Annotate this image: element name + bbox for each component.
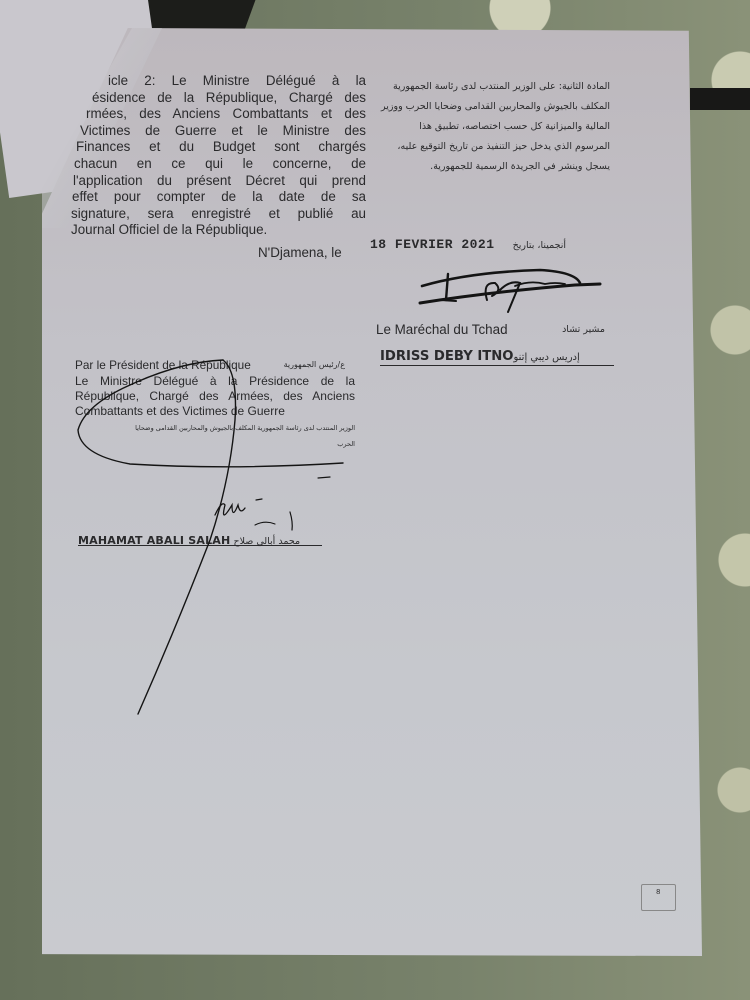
date-stamp: 18 FEVRIER 2021 <box>370 237 495 252</box>
president-name-french: IDRISS DEBY ITNO <box>380 349 513 364</box>
minister-name: MAHAMAT ABALI SALAHمحمد أبالي صلاح <box>78 529 322 546</box>
minister-title-arabic: الوزير المنتدب لدى رئاسة الجمهورية المكل… <box>75 420 355 452</box>
text-line: Journal Officiel de la République. <box>71 222 366 239</box>
text-line: المالية والميزانية كل حسب اختصاصه، تطبيق… <box>378 117 610 137</box>
president-name-arabic: إدريس ديبي إتنو <box>513 352 579 363</box>
article-2-arabic: المادة الثانية: على الوزير المنتدب لدى ر… <box>378 77 610 177</box>
text-line: icle 2: Le Ministre Délégué à la <box>78 73 366 90</box>
text-line: Victimes de Guerre et le Ministre des <box>78 123 366 140</box>
president-title-arabic: مشير تشاد <box>543 324 605 335</box>
text-line: l'application du présent Décret qui pren… <box>73 173 366 190</box>
text-line: rmées, des Anciens Combattants et des <box>78 106 366 123</box>
text-line: المادة الثانية: على الوزير المنتدب لدى ر… <box>378 77 610 97</box>
text-line: المرسوم الذي يدخل حيز التنفيذ من تاريخ ا… <box>378 137 610 157</box>
minister-name-french: MAHAMAT ABALI SALAH <box>78 534 230 547</box>
president-title-french: Le Maréchal du Tchad <box>376 322 508 337</box>
page-number: 8 <box>656 888 660 896</box>
minister-title-french: Le Ministre Délégué à la Présidence de l… <box>75 374 355 419</box>
text-line: الوزير المنتدب لدى رئاسة الجمهورية المكل… <box>75 420 355 436</box>
president-name: IDRISS DEBY ITNOإدريس ديبي إتنو <box>380 345 614 366</box>
text-line: Finances et du Budget sont chargés <box>76 139 366 156</box>
text-line: يسجل وينشر في الجريدة الرسمية للجمهورية. <box>378 157 610 177</box>
place-arabic: أنجمينا، بتاريخ <box>500 240 566 251</box>
text-line: Le Ministre Délégué à la Présidence de l… <box>75 374 355 389</box>
text-line: République, Chargé des Armées, des Ancie… <box>75 389 355 404</box>
text-line: effet pour compter de la date de sa <box>72 189 366 206</box>
text-line: ésidence de la République, Chargé des <box>78 90 366 107</box>
text-line: signature, sera enregistré et publié au <box>71 206 366 223</box>
text-line: chacun en ce qui le concerne, de <box>74 156 366 173</box>
minister-name-arabic: محمد أبالي صلاح <box>233 536 300 547</box>
article-2-french: icle 2: Le Ministre Délégué à la ésidenc… <box>78 73 366 239</box>
dark-band-right <box>690 88 750 110</box>
text-line: الحرب <box>75 436 355 452</box>
by-president-arabic: ع/رئيس الجمهورية <box>270 360 345 369</box>
place-french: N'Djamena, le <box>258 245 342 260</box>
text-line: المكلف بالجيوش والمحاربين القدامى وضحايا… <box>378 97 610 117</box>
by-president-french: Par le Président de la République <box>75 358 251 372</box>
text-line: Combattants et des Victimes de Guerre <box>75 404 355 419</box>
